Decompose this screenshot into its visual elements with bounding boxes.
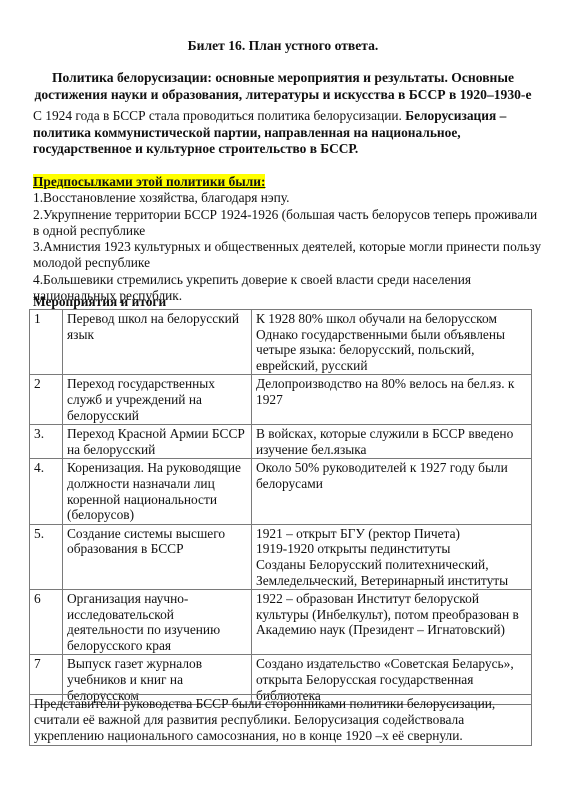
- measure-cell: Переход Красной Армии БССР на белорусски…: [63, 425, 252, 459]
- table-row: 3.Переход Красной Армии БССР на белорусс…: [30, 425, 532, 459]
- measure-cell: Перевод школ на белорусский язык: [63, 310, 252, 375]
- row-number: 6: [30, 590, 63, 655]
- summary-box: Представители руководства БССР были стор…: [29, 694, 532, 746]
- result-cell: 1922 – образован Институт белоруской кул…: [252, 590, 532, 655]
- row-number: 3.: [30, 425, 63, 459]
- table-row: 1Перевод школ на белорусский языкК 1928 …: [30, 310, 532, 375]
- result-cell: К 1928 80% школ обучали на белорусскомОд…: [252, 310, 532, 375]
- result-line: Делопроизводство на 80% велось на бел.яз…: [256, 376, 527, 407]
- measures-table: 1Перевод школ на белорусский языкК 1928 …: [29, 309, 532, 705]
- measures-heading: Мероприятия и итоги: [33, 294, 166, 310]
- result-line: 1919-1920 открыты пединституты: [256, 541, 527, 557]
- result-line: В войсках, которые служили в БССР введен…: [256, 426, 527, 457]
- topic-title: Политика белорусизации: основные меропри…: [20, 70, 546, 103]
- row-number: 2: [30, 375, 63, 425]
- result-cell: В войсках, которые служили в БССР введен…: [252, 425, 532, 459]
- prerequisites-heading: Предпосылками этой политики были:: [33, 174, 265, 189]
- table-row: 2Переход государственных служб и учрежде…: [30, 375, 532, 425]
- result-line: Однако государственными были объявлены ч…: [256, 327, 527, 374]
- table-row: 4.Коренизация. На руководящие должности …: [30, 459, 532, 524]
- measure-cell: Переход государственных служб и учрежден…: [63, 375, 252, 425]
- result-line: 1922 – образован Институт белоруской кул…: [256, 591, 527, 638]
- measure-cell: Создание системы высшего образования в Б…: [63, 524, 252, 589]
- document-page: Билет 16. План устного ответа. Политика …: [0, 0, 566, 800]
- prerequisite-item: 2.Укрупнение территории БССР 1924-1926 (…: [33, 207, 543, 240]
- row-number: 5.: [30, 524, 63, 589]
- prerequisites-section: Предпосылками этой политики были: 1.Восс…: [33, 174, 543, 304]
- result-cell: Делопроизводство на 80% велось на бел.яз…: [252, 375, 532, 425]
- result-cell: 1921 – открыт БГУ (ректор Пичета)1919-19…: [252, 524, 532, 589]
- result-line: Около 50% руководителей к 1927 году были…: [256, 460, 527, 491]
- result-line: К 1928 80% школ обучали на белорусском: [256, 311, 527, 327]
- row-number: 1: [30, 310, 63, 375]
- intro-text: С 1924 года в БССР стала проводиться пол…: [33, 108, 405, 123]
- ticket-title: Билет 16. План устного ответа.: [0, 38, 566, 54]
- measure-cell: Организация научно-исследовательской дея…: [63, 590, 252, 655]
- table-row: 6Организация научно-исследовательской де…: [30, 590, 532, 655]
- result-line: 1921 – открыт БГУ (ректор Пичета): [256, 526, 527, 542]
- row-number: 4.: [30, 459, 63, 524]
- result-cell: Около 50% руководителей к 1927 году были…: [252, 459, 532, 524]
- result-line: Созданы Белорусский политехнический, Зем…: [256, 557, 527, 588]
- prerequisite-item: 1.Восстановление хозяйства, благодаря нэ…: [33, 190, 543, 206]
- measure-cell: Коренизация. На руководящие должности на…: [63, 459, 252, 524]
- table-row: 5.Создание системы высшего образования в…: [30, 524, 532, 589]
- prerequisite-item: 3.Амнистия 1923 культурных и общественны…: [33, 239, 543, 272]
- intro-paragraph: С 1924 года в БССР стала проводиться пол…: [33, 108, 543, 158]
